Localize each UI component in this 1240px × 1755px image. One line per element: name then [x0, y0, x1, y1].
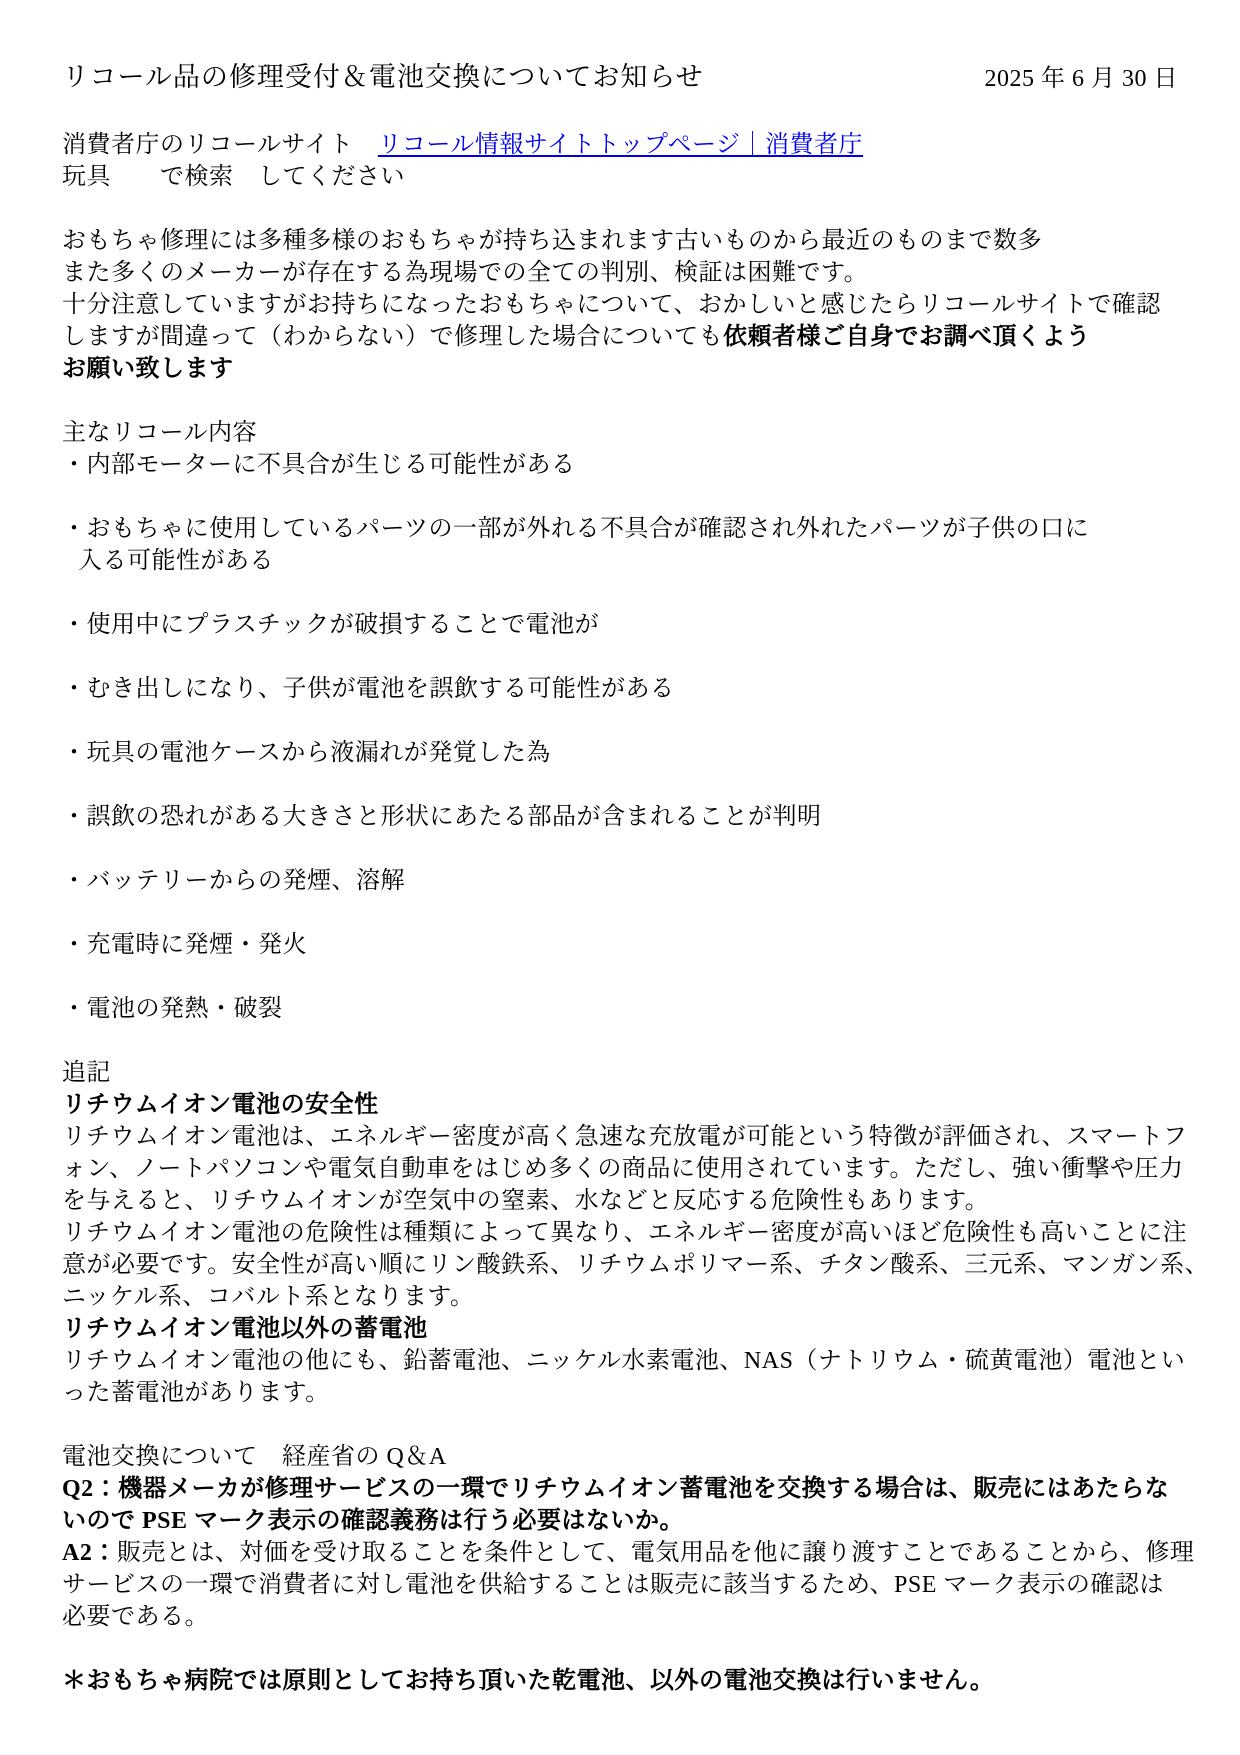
- blank-line: [62, 193, 1178, 225]
- blank-line: [62, 1633, 1178, 1665]
- text-segment: ・内部モーターに不具合が生じる可能性がある: [62, 452, 576, 478]
- text-line: リチウムイオン電池の他にも、鉛蓄電池、ニッケル水素電池、NAS（ナトリウム・硫黄…: [62, 1345, 1178, 1377]
- text-line: った蓄電池があります。: [62, 1377, 1178, 1409]
- text-segment: 依頼者様ご自身でお調べ頂くよう: [723, 324, 1091, 350]
- text-segment: 玩具 で検索 してください: [62, 164, 405, 190]
- document-header: リコール品の修理受付＆電池交換についてお知らせ 2025 年 6 月 30 日: [62, 57, 1178, 99]
- text-line: ・むき出しになり、子供が電池を誤飲する可能性がある: [62, 673, 1178, 705]
- text-line: お願い致します: [62, 353, 1178, 385]
- text-line: リチウムイオン電池は、エネルギー密度が高く急速な充放電が可能という特徴が評価され…: [62, 1121, 1178, 1153]
- text-segment: 主なリコール内容: [62, 420, 257, 446]
- text-segment: 十分注意していますがお持ちになったおもちゃについて、おかしいと感じたらリコールサ…: [62, 292, 1161, 318]
- text-segment: った蓄電池があります。: [62, 1380, 330, 1406]
- text-line: ォン、ノートパソコンや電気自動車をはじめ多くの商品に使用されています。ただし、強…: [62, 1153, 1178, 1185]
- text-line: ・電池の発熱・破裂: [62, 993, 1178, 1025]
- text-line: 電池交換について 経産省の Q＆A: [62, 1441, 1178, 1473]
- recall-site-link[interactable]: リコール情報サイトトップページ｜消費者庁: [378, 132, 863, 158]
- text-line: 意が必要です。安全性が高い順にリン酸鉄系、リチウムポリマー系、チタン酸系、三元系…: [62, 1249, 1178, 1281]
- text-segment: 入る可能性がある: [78, 548, 274, 574]
- text-segment: ・むき出しになり、子供が電池を誤飲する可能性がある: [62, 676, 675, 702]
- text-segment: ・バッテリーからの発煙、溶解: [62, 868, 405, 894]
- text-line: 消費者庁のリコールサイト リコール情報サイトトップページ｜消費者庁: [62, 129, 1178, 161]
- text-line: ・誤飲の恐れがある大きさと形状にあたる部品が含まれることが判明: [62, 801, 1178, 833]
- text-line: おもちゃ修理には多種多様のおもちゃが持ち込まれます古いものから最近のものまで数多: [62, 225, 1178, 257]
- text-line: 入る可能性がある: [62, 545, 1178, 577]
- blank-line: [62, 641, 1178, 673]
- text-line: ・使用中にプラスチックが破損することで電池が: [62, 609, 1178, 641]
- text-line: リチウムイオン電池の安全性: [62, 1089, 1178, 1121]
- blank-line: [62, 577, 1178, 609]
- text-segment: を与えると、リチウムイオンが空気中の窒素、水などと反応する危険性もあります。: [62, 1188, 989, 1214]
- text-line: ニッケル系、コバルト系となります。: [62, 1281, 1178, 1313]
- text-line: また多くのメーカーが存在する為現場での全ての判別、検証は困難です。: [62, 257, 1178, 289]
- blank-line: [62, 1025, 1178, 1057]
- text-segment: リチウムイオン電池の他にも、鉛蓄電池、ニッケル水素電池、NAS（ナトリウム・硫黄…: [62, 1348, 1185, 1374]
- text-line: ・充電時に発煙・発火: [62, 929, 1178, 961]
- text-line: リチウムイオン電池以外の蓄電池: [62, 1313, 1178, 1345]
- text-segment: ・充電時に発煙・発火: [62, 932, 307, 958]
- text-line: A2：販売とは、対価を受け取ることを条件として、電気用品を他に譲り渡すことである…: [62, 1537, 1178, 1569]
- text-segment: ・おもちゃに使用しているパーツの一部が外れる不具合が確認され外れたパーツが子供の…: [62, 516, 1089, 542]
- text-segment: A2：: [62, 1540, 117, 1566]
- text-segment: ・使用中にプラスチックが破損することで電池が: [62, 612, 599, 638]
- text-line: サービスの一環で消費者に対し電池を供給することは販売に該当するため、PSE マー…: [62, 1569, 1178, 1601]
- text-segment: 消費者庁のリコールサイト: [62, 132, 378, 158]
- text-line: ・バッテリーからの発煙、溶解: [62, 865, 1178, 897]
- text-segment: ォン、ノートパソコンや電気自動車をはじめ多くの商品に使用されています。ただし、強…: [62, 1156, 1183, 1182]
- text-segment: リチウムイオン電池は、エネルギー密度が高く急速な充放電が可能という特徴が評価され…: [62, 1124, 1187, 1150]
- text-segment: ・誤飲の恐れがある大きさと形状にあたる部品が含まれることが判明: [62, 804, 822, 830]
- text-line: を与えると、リチウムイオンが空気中の窒素、水などと反応する危険性もあります。: [62, 1185, 1178, 1217]
- blank-line: [62, 961, 1178, 993]
- text-line: ・玩具の電池ケースから液漏れが発覚した為: [62, 737, 1178, 769]
- page-title: リコール品の修理受付＆電池交換についてお知らせ: [62, 57, 704, 97]
- text-segment: 必要である。: [62, 1604, 209, 1630]
- blank-line: [62, 833, 1178, 865]
- text-line: ＊おもちゃ病院では原則としてお持ち頂いた乾電池、以外の電池交換は行いません。: [62, 1665, 1178, 1697]
- text-segment: 電池交換について 経産省の Q＆A: [62, 1444, 447, 1470]
- document-date: 2025 年 6 月 30 日: [985, 59, 1179, 99]
- text-segment: サービスの一環で消費者に対し電池を供給することは販売に該当するため、PSE マー…: [62, 1572, 1164, 1598]
- text-line: リチウムイオン電池の危険性は種類によって異なり、エネルギー密度が高いほど危険性も…: [62, 1217, 1178, 1249]
- blank-line: [62, 385, 1178, 417]
- text-line: 玩具 で検索 してください: [62, 161, 1178, 193]
- text-line: 主なリコール内容: [62, 417, 1178, 449]
- text-segment: 追記: [62, 1060, 111, 1086]
- text-line: 必要である。: [62, 1601, 1178, 1633]
- text-segment: ・玩具の電池ケースから液漏れが発覚した為: [62, 740, 551, 766]
- text-segment: しますが間違って（わからない）で修理した場合についても: [62, 324, 723, 350]
- text-segment: いので PSE マーク表示の確認義務は行う必要はないか。: [62, 1508, 684, 1534]
- text-segment: お願い致します: [62, 356, 234, 382]
- text-line: しますが間違って（わからない）で修理した場合についても依頼者様ご自身でお調べ頂く…: [62, 321, 1178, 353]
- text-segment: ・電池の発熱・破裂: [62, 996, 283, 1022]
- document-page: リコール品の修理受付＆電池交換についてお知らせ 2025 年 6 月 30 日 …: [0, 0, 1240, 1755]
- text-segment: 販売とは、対価を受け取ることを条件として、電気用品を他に譲り渡すことであることか…: [117, 1540, 1195, 1566]
- text-segment: ニッケル系、コバルト系となります。: [62, 1284, 474, 1310]
- text-segment: ＊おもちゃ病院では原則としてお持ち頂いた乾電池、以外の電池交換は行いません。: [62, 1668, 994, 1694]
- blank-line: [62, 705, 1178, 737]
- blank-line: [62, 897, 1178, 929]
- text-segment: また多くのメーカーが存在する為現場での全ての判別、検証は困難です。: [62, 260, 868, 286]
- text-line: ・おもちゃに使用しているパーツの一部が外れる不具合が確認され外れたパーツが子供の…: [62, 513, 1178, 545]
- text-line: Q2：機器メーカが修理サービスの一環でリチウムイオン蓄電池を交換する場合は、販売…: [62, 1473, 1178, 1505]
- text-segment: リチウムイオン電池以外の蓄電池: [62, 1316, 428, 1342]
- blank-line: [62, 769, 1178, 801]
- text-segment: Q2：機器メーカが修理サービスの一環でリチウムイオン蓄電池を交換する場合は、販売…: [62, 1476, 1169, 1502]
- text-segment: 意が必要です。安全性が高い順にリン酸鉄系、リチウムポリマー系、チタン酸系、三元系…: [62, 1252, 1209, 1278]
- text-segment: おもちゃ修理には多種多様のおもちゃが持ち込まれます古いものから最近のものまで数多: [62, 228, 1042, 254]
- blank-line: [62, 481, 1178, 513]
- text-segment: リチウムイオン電池の危険性は種類によって異なり、エネルギー密度が高いほど危険性も…: [62, 1220, 1187, 1246]
- text-line: ・内部モーターに不具合が生じる可能性がある: [62, 449, 1178, 481]
- text-line: 追記: [62, 1057, 1178, 1089]
- document-body: 消費者庁のリコールサイト リコール情報サイトトップページ｜消費者庁玩具 で検索 …: [62, 129, 1178, 1697]
- text-segment: リチウムイオン電池の安全性: [62, 1092, 379, 1118]
- text-line: 十分注意していますがお持ちになったおもちゃについて、おかしいと感じたらリコールサ…: [62, 289, 1178, 321]
- blank-line: [62, 1409, 1178, 1441]
- text-line: いので PSE マーク表示の確認義務は行う必要はないか。: [62, 1505, 1178, 1537]
